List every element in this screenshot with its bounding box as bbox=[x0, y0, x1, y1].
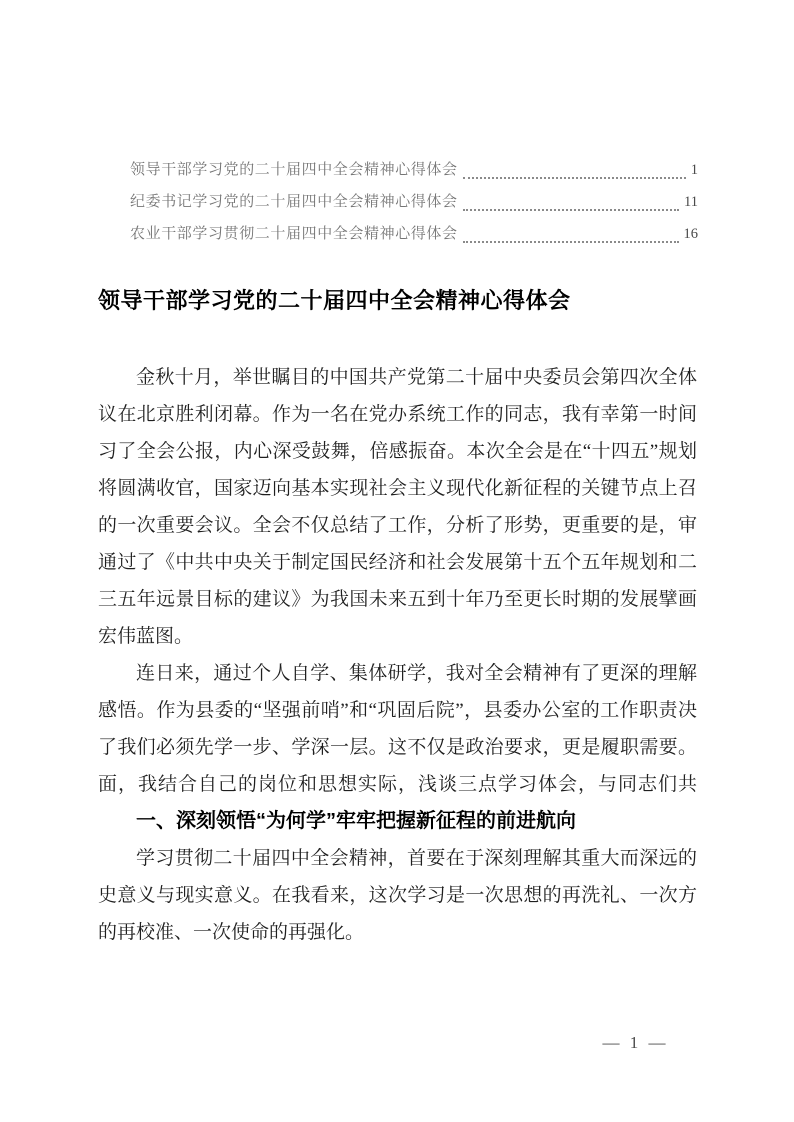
body-line: 史意义与现实意义。在我看来，这次学习是一次思想的再洗礼、一次方向 bbox=[98, 877, 697, 914]
toc-entry-label: 农业干部学习贯彻二十届四中全会精神心得体会 bbox=[130, 218, 458, 250]
toc-leader-dots bbox=[463, 241, 679, 243]
toc-page-number: 16 bbox=[684, 219, 699, 250]
page-number-footer: — 1 — bbox=[598, 1033, 670, 1053]
article-body: 金秋十月，举世瞩目的中国共产党第二十届中央委员会第四次全体会 议在北京胜利闭幕。… bbox=[98, 359, 697, 951]
body-line: 金秋十月，举世瞩目的中国共产党第二十届中央委员会第四次全体会 bbox=[98, 359, 697, 396]
table-of-contents: 领导干部学习党的二十届四中全会精神心得体会 1 纪委书记学习党的二十届四中全会精… bbox=[98, 154, 698, 250]
toc-page-number: 11 bbox=[684, 187, 698, 218]
body-line: 三五年远景目标的建议》为我国未来五到十年乃至更长时期的发展擘画了 bbox=[98, 581, 697, 618]
toc-entry[interactable]: 纪委书记学习党的二十届四中全会精神心得体会 11 bbox=[98, 186, 698, 218]
document-page: 领导干部学习党的二十届四中全会精神心得体会 1 纪委书记学习党的二十届四中全会精… bbox=[0, 0, 794, 1122]
body-line: 宏伟蓝图。 bbox=[98, 618, 697, 655]
body-line: 面，我结合自己的岗位和思想实际，浅谈三点学习体会，与同志们共勉。 bbox=[98, 766, 697, 803]
body-line: 将圆满收官，国家迈向基本实现社会主义现代化新征程的关键节点上召开 bbox=[98, 470, 697, 507]
body-line: 连日来，通过个人自学、集体研学，我对全会精神有了更深的理解和 bbox=[98, 655, 697, 692]
body-line: 通过了《中共中央关于制定国民经济和社会发展第十五个五年规划和二〇 bbox=[98, 544, 697, 581]
toc-leader-dots bbox=[463, 177, 686, 179]
toc-leader-dots bbox=[463, 209, 679, 211]
body-line: 的再校准、一次使命的再强化。 bbox=[98, 914, 697, 951]
body-line: 议在北京胜利闭幕。作为一名在党办系统工作的同志，我有幸第一时间学 bbox=[98, 396, 697, 433]
toc-entry-label: 纪委书记学习党的二十届四中全会精神心得体会 bbox=[130, 186, 458, 218]
body-line: 感悟。作为县委的“坚强前哨”和“巩固后院”，县委办公室的工作职责决定 bbox=[98, 692, 697, 729]
toc-page-number: 1 bbox=[691, 155, 698, 186]
toc-entry-label: 领导干部学习党的二十届四中全会精神心得体会 bbox=[130, 154, 458, 186]
toc-entry[interactable]: 领导干部学习党的二十届四中全会精神心得体会 1 bbox=[98, 154, 698, 186]
body-line: 学习贯彻二十届四中全会精神，首要在于深刻理解其重大而深远的历 bbox=[98, 840, 697, 877]
body-line: 的一次重要会议。全会不仅总结了工作，分析了形势，更重要的是，审议 bbox=[98, 507, 697, 544]
body-line: 习了全会公报，内心深受鼓舞，倍感振奋。本次全会是在“十四五”规划即 bbox=[98, 433, 697, 470]
section-heading: 一、深刻领悟“为何学”牢牢把握新征程的前进航向 bbox=[98, 803, 697, 840]
toc-entry[interactable]: 农业干部学习贯彻二十届四中全会精神心得体会 16 bbox=[98, 218, 698, 250]
article-title: 领导干部学习党的二十届四中全会精神心得体会 bbox=[98, 288, 697, 314]
body-line: 了我们必须先学一步、学深一层。这不仅是政治要求，更是履职需要。下 bbox=[98, 729, 697, 766]
